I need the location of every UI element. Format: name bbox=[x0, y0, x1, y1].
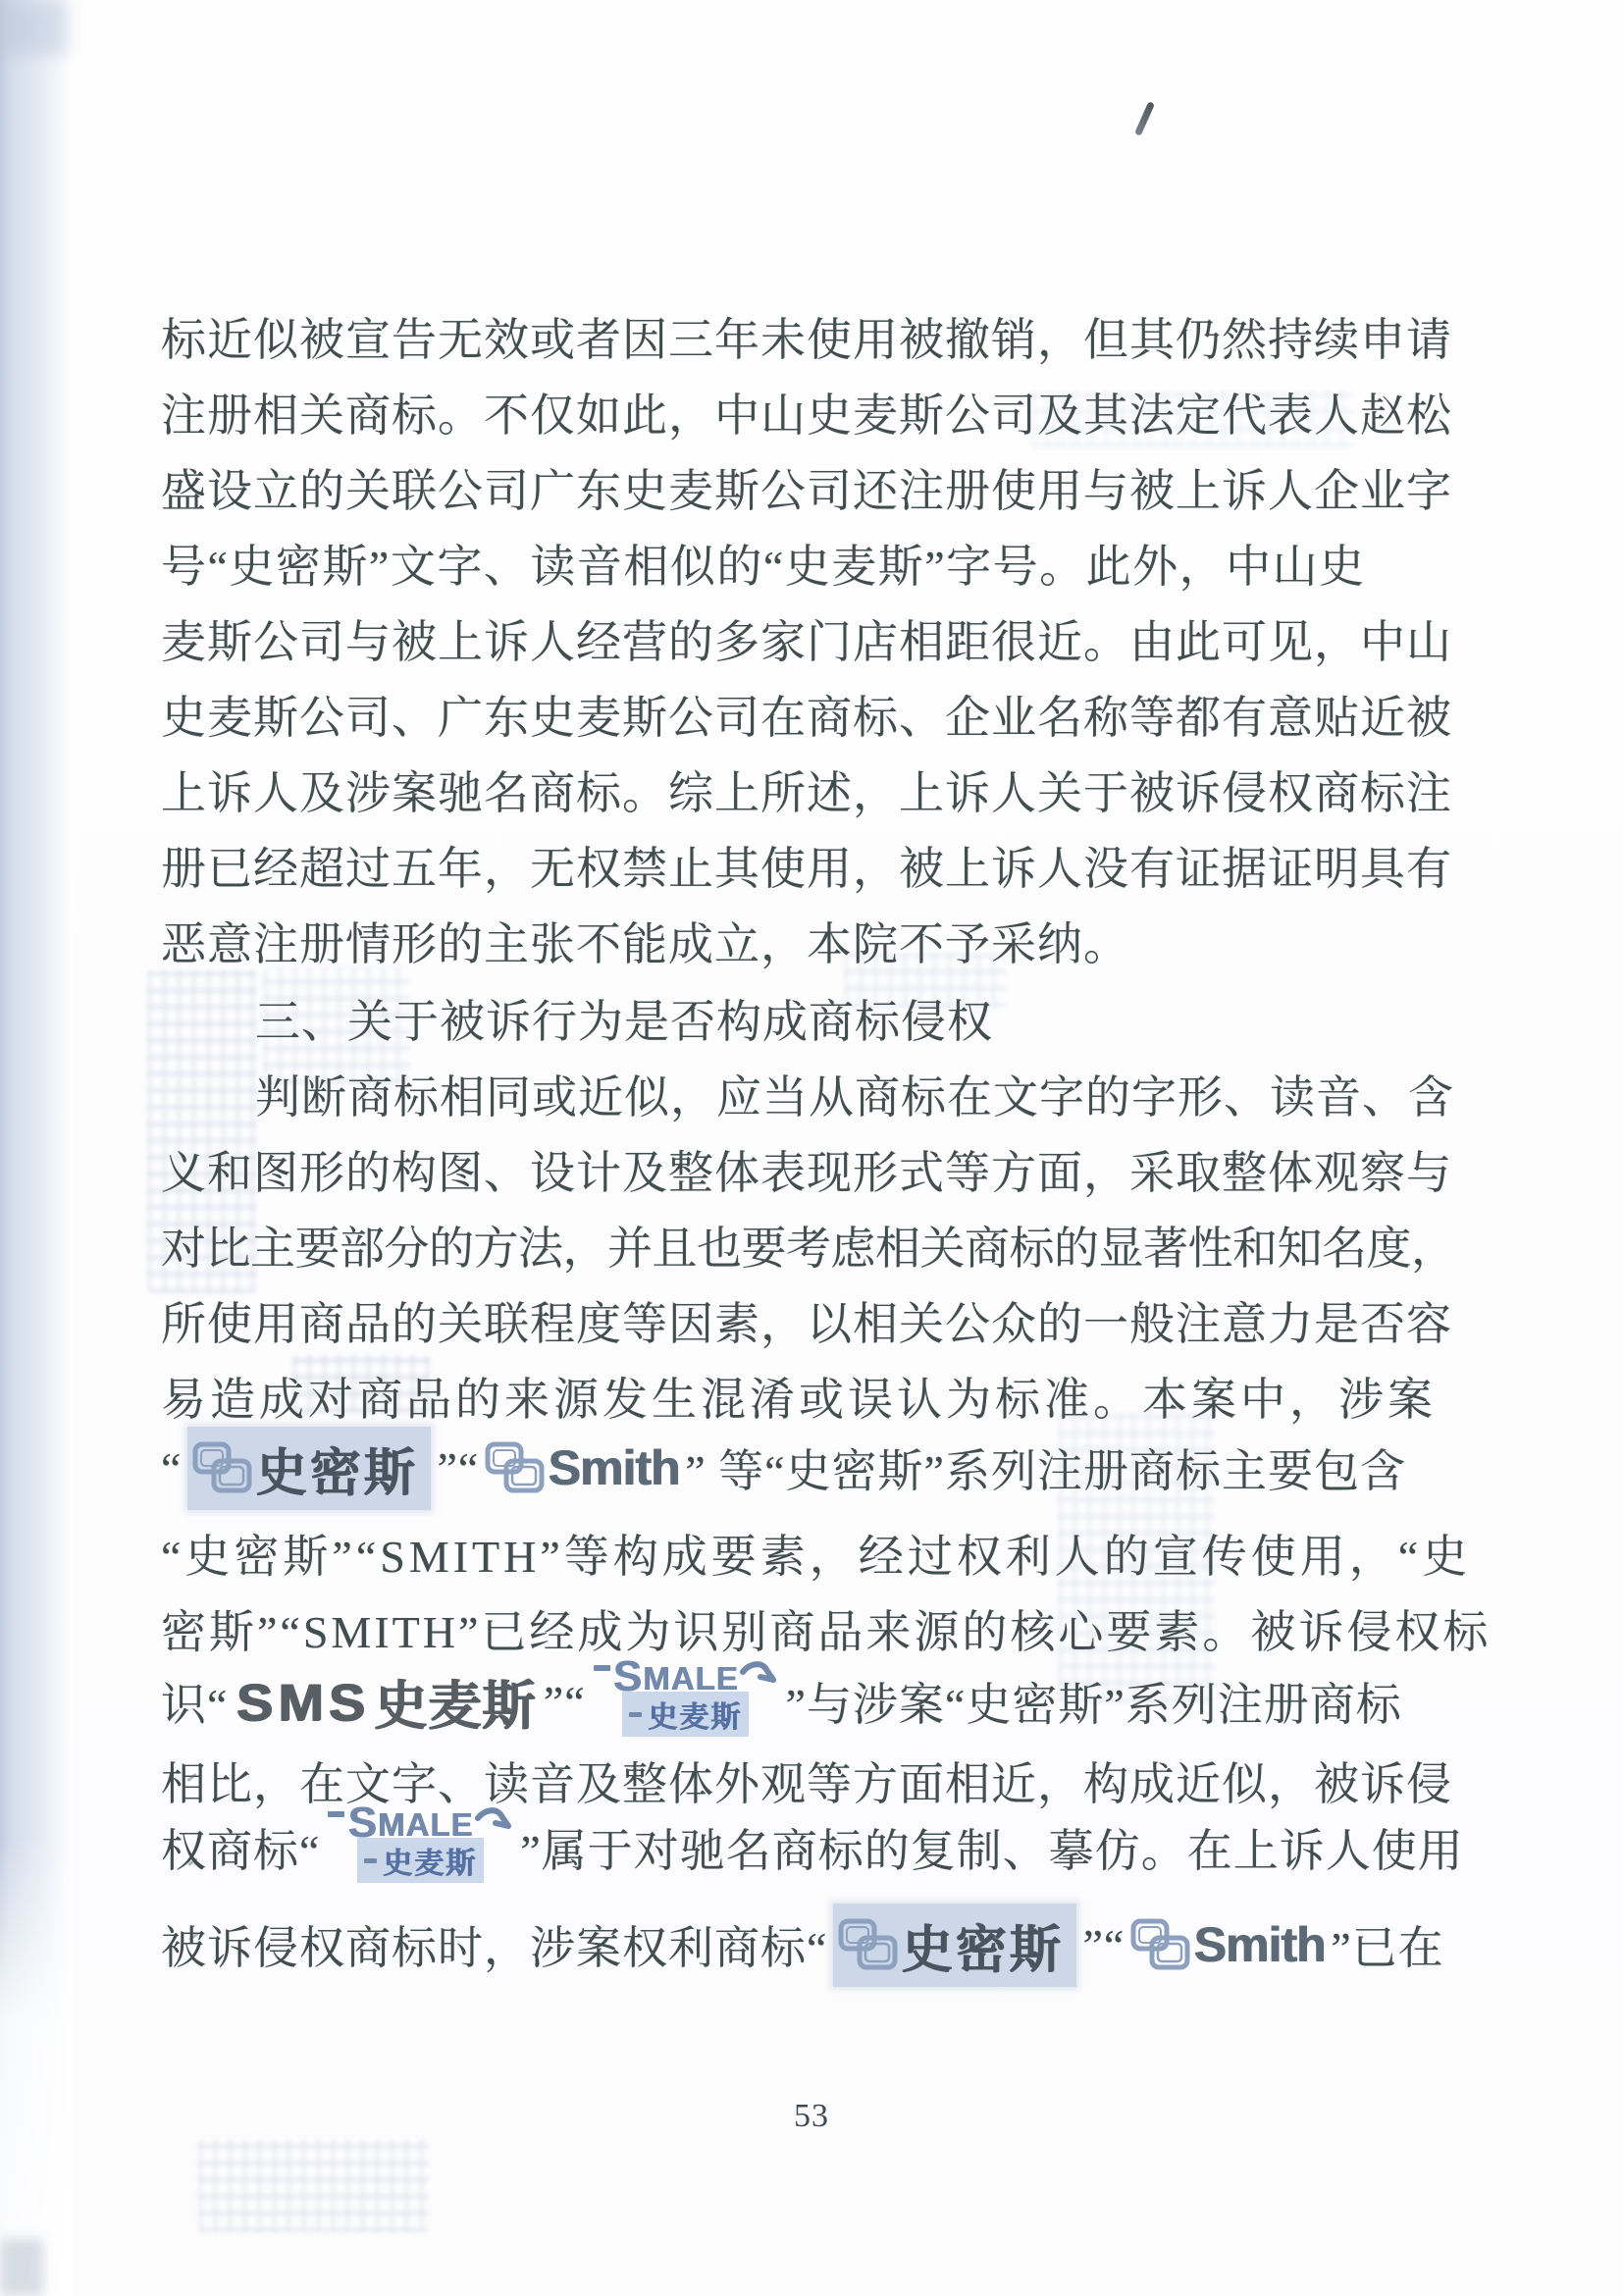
body-text-line: 恶意注册情形的主张不能成立，本院不予采纳。 bbox=[161, 916, 1129, 973]
trademark-smales-rest: MALE bbox=[378, 1808, 474, 1841]
scanner-edge-line bbox=[16, 0, 20, 2296]
trademark-smales-initial: S bbox=[347, 1804, 377, 1841]
text-run: ”已在 bbox=[1331, 1912, 1443, 1977]
text-run: “史密斯”“SMITH”等构成要素，经过权利人的宣传使用，“史 bbox=[161, 1532, 1471, 1582]
trademark-smith-en-label: Smith bbox=[1193, 1916, 1325, 1973]
section-heading: 三、关于被诉行为是否构成商标侵权 bbox=[255, 994, 993, 1051]
text-run: 标近似被宣告无效或者因三年未使用被撤销，但其仍然持续申请 bbox=[161, 315, 1452, 365]
arrow-s-icon bbox=[475, 1807, 512, 1839]
body-text-line: 标近似被宣告无效或者因三年未使用被撤销，但其仍然持续申请 bbox=[161, 312, 1452, 369]
text-run: 识“ bbox=[161, 1669, 228, 1734]
text-run: 权商标“ bbox=[161, 1815, 320, 1880]
body-text-line: 上诉人及涉案驰名商标。综上所述，上诉人关于被诉侵权商标注 bbox=[161, 765, 1452, 822]
body-text-line: 盛设立的关联公司广东史麦斯公司还注册使用与被上诉人企业字 bbox=[161, 463, 1452, 520]
body-text-line: 所使用商品的关联程度等因素，以相关公众的一般注意力是否容 bbox=[161, 1296, 1452, 1353]
text-run: 号“史密斯”文字、读音相似的“史麦斯”字号。此外，中山史 bbox=[161, 542, 1366, 592]
trademark-smith-en-logo: Smith bbox=[485, 1439, 679, 1496]
arrow-s-icon bbox=[740, 1661, 777, 1693]
trademark-sms-cn-label: 史麦斯 bbox=[374, 1664, 536, 1740]
chain-link-icon bbox=[192, 1440, 253, 1495]
text-run: 史麦斯公司、广东史麦斯公司在商标、企业名称等都有意贴近被 bbox=[161, 693, 1452, 743]
trademark-smith-cn-logo: 史密斯 bbox=[187, 1427, 431, 1510]
trademark-smales-wordmark: SMALE bbox=[594, 1658, 778, 1695]
trademark-sms-latin-label: SMS bbox=[236, 1671, 369, 1732]
text-run: 对比主要部分的方法，并且也要考虑相关商标的显著性和知名度， bbox=[161, 1224, 1456, 1274]
trademark-smales-cn-label: 史麦斯 bbox=[622, 1692, 749, 1737]
text-run: ” 等“史密斯”系列注册商标主要包含 bbox=[685, 1435, 1406, 1500]
trademark-smales-cn-label: 史麦斯 bbox=[357, 1838, 484, 1883]
body-text-line: 判断商标相同或近似，应当从商标在文字的字形、读音、含 bbox=[255, 1070, 1454, 1126]
scanner-edge-band bbox=[0, 0, 73, 2296]
body-text-line: 被诉侵权商标时，涉案权利商标“ 史密斯 ”“ Smith ”已在 bbox=[161, 1890, 1444, 2000]
trademark-smith-cn-label: 史密斯 bbox=[901, 1908, 1063, 1982]
page-number: 53 bbox=[0, 2098, 1623, 2135]
trademark-smales-rest: MALE bbox=[643, 1662, 739, 1695]
body-text-line: 注册相关商标。不仅如此，中山史麦斯公司及其法定代表人赵松 bbox=[161, 388, 1452, 444]
text-run: ”“ bbox=[544, 1676, 586, 1728]
body-text-line: “ 史密斯 ”“ Smith ” 等“史密斯”系列注册商标主要包含 bbox=[161, 1413, 1406, 1523]
chain-link-icon bbox=[485, 1440, 546, 1495]
dash-decoration bbox=[594, 1665, 610, 1671]
body-text-line: 对比主要部分的方法，并且也要考虑相关商标的显著性和知名度， bbox=[161, 1221, 1456, 1278]
text-run: ”“ bbox=[437, 1442, 479, 1494]
body-text-line: 权商标“ SMALE 史麦斯 ”属于对驰名商标的复制、摹仿。在上诉人使用 bbox=[161, 1793, 1464, 1903]
text-run: 三、关于被诉行为是否构成商标侵权 bbox=[255, 997, 993, 1047]
text-run: 麦斯公司与被上诉人经营的多家门店相距很近。由此可见，中山 bbox=[161, 617, 1452, 667]
trademark-smales-wordmark: SMALE bbox=[328, 1804, 512, 1841]
body-text-line: 麦斯公司与被上诉人经营的多家门店相距很近。由此可见，中山 bbox=[161, 614, 1452, 671]
body-text-line: 义和图形的构图、设计及整体表现形式等方面，采取整体观察与 bbox=[161, 1145, 1452, 1202]
text-run: “ bbox=[161, 1442, 182, 1494]
text-run: 义和图形的构图、设计及整体表现形式等方面，采取整体观察与 bbox=[161, 1148, 1452, 1198]
text-run: 册已经超过五年，无权禁止其使用，被上诉人没有证据证明具有 bbox=[161, 844, 1452, 894]
scanner-corner-shade-top bbox=[0, 0, 69, 55]
pen-stroke-mark bbox=[1134, 101, 1155, 136]
trademark-smith-en-label: Smith bbox=[548, 1439, 679, 1496]
text-run: ”属于对驰名商标的复制、摹仿。在上诉人使用 bbox=[520, 1815, 1463, 1880]
trademark-smith-cn-logo: 史密斯 bbox=[833, 1904, 1076, 1987]
trademark-smales-logo: SMALE 史麦斯 bbox=[328, 1804, 512, 1883]
scanner-corner-shade-bottom bbox=[0, 2239, 43, 2296]
text-run: 盛设立的关联公司广东史麦斯公司还注册使用与被上诉人企业字 bbox=[161, 466, 1452, 516]
text-run: 注册相关商标。不仅如此，中山史麦斯公司及其法定代表人赵松 bbox=[161, 391, 1452, 441]
trademark-smith-en-logo: Smith bbox=[1130, 1916, 1325, 1973]
dash-decoration bbox=[328, 1811, 344, 1817]
body-text-line: 号“史密斯”文字、读音相似的“史麦斯”字号。此外，中山史 bbox=[161, 539, 1366, 596]
chain-link-icon bbox=[838, 1917, 899, 1972]
text-run: 恶意注册情形的主张不能成立，本院不予采纳。 bbox=[161, 919, 1129, 969]
text-run: 所使用商品的关联程度等因素，以相关公众的一般注意力是否容 bbox=[161, 1299, 1452, 1349]
text-run: 被诉侵权商标时，涉案权利商标“ bbox=[161, 1912, 827, 1977]
scanned-page: 标近似被宣告无效或者因三年未使用被撤销，但其仍然持续申请注册相关商标。不仅如此，… bbox=[0, 0, 1623, 2296]
bleedthrough-artifact bbox=[198, 2139, 429, 2232]
trademark-smales-initial: S bbox=[613, 1658, 643, 1695]
trademark-smales-logo: SMALE 史麦斯 bbox=[594, 1658, 778, 1737]
text-run: ”与涉案“史密斯”系列注册商标 bbox=[785, 1669, 1401, 1734]
text-run: 上诉人及涉案驰名商标。综上所述，上诉人关于被诉侵权商标注 bbox=[161, 768, 1452, 818]
text-run: ”“ bbox=[1082, 1919, 1125, 1971]
body-text-line: 识“ SMS 史麦斯 ”“ SMALE 史麦斯 ”与涉案“史密斯”系列注册商标 bbox=[161, 1646, 1402, 1756]
body-text-line: 册已经超过五年，无权禁止其使用，被上诉人没有证据证明具有 bbox=[161, 841, 1452, 898]
text-run: 判断商标相同或近似，应当从商标在文字的字形、读音、含 bbox=[255, 1072, 1454, 1122]
chain-link-icon bbox=[1130, 1917, 1191, 1972]
trademark-smith-cn-label: 史密斯 bbox=[255, 1432, 417, 1505]
trademark-sms-smales-logo: SMS 史麦斯 bbox=[236, 1664, 535, 1740]
body-text-line: 史麦斯公司、广东史麦斯公司在商标、企业名称等都有意贴近被 bbox=[161, 690, 1452, 747]
body-text-line: “史密斯”“SMITH”等构成要素，经过权利人的宣传使用，“史 bbox=[161, 1529, 1471, 1586]
